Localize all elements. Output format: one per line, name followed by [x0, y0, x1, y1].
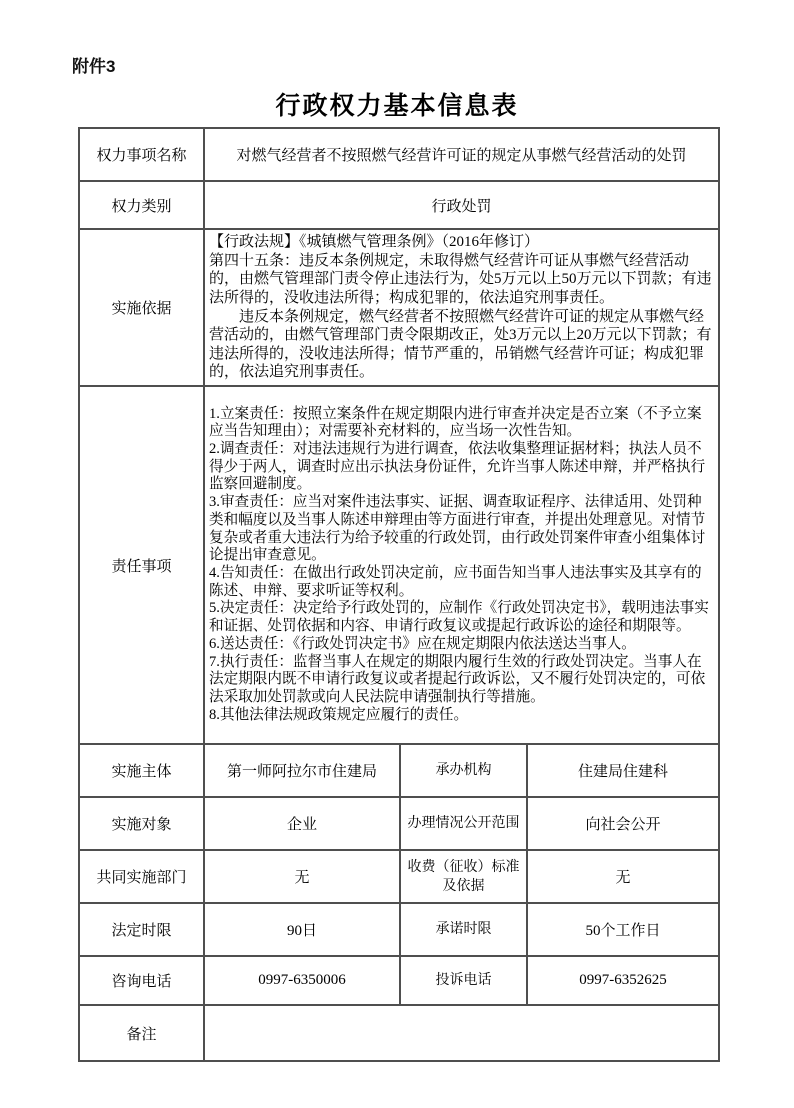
- attachment-label: 附件3: [72, 52, 115, 77]
- implementer-label: 实施主体: [79, 744, 204, 797]
- basis-paragraph-2: 违反本条例规定，燃气经营者不按照燃气经营许可证的规定从事燃气经营活动的，由燃气管…: [209, 308, 714, 382]
- joint-label: 共同实施部门: [79, 850, 204, 903]
- fee-standard-value: 无: [527, 850, 719, 903]
- legal-time-limit-value: 90日: [204, 903, 400, 956]
- complaint-phone-label: 投诉电话: [400, 956, 527, 1005]
- target-label: 实施对象: [79, 797, 204, 850]
- item-name-label: 权力事项名称: [79, 128, 204, 181]
- implementer-value: 第一师阿拉尔市住建局: [204, 744, 400, 797]
- undertaker-label: 承办机构: [400, 744, 527, 797]
- duty-item-3: 3.审查责任：应当对案件违法事实、证据、调查取证程序、法律适用、处罚种类和幅度以…: [209, 494, 714, 565]
- duties-value: 1.立案责任：按照立案条件在规定期限内进行审查并决定是否立案（不予立案应当告知理…: [204, 386, 719, 744]
- promised-time-limit-label: 承诺时限: [400, 903, 527, 956]
- duty-item-1: 1.立案责任：按照立案条件在规定期限内进行审查并决定是否立案（不予立案应当告知理…: [209, 406, 714, 441]
- publicity-scope-label: 办理情况公开范围: [400, 797, 527, 850]
- duty-item-4: 4.告知责任：在做出行政处罚决定前，应书面告知当事人违法事实及其享有的陈述、申辩…: [209, 565, 714, 600]
- row-remark: 备注: [79, 1005, 719, 1061]
- duty-item-2: 2.调查责任：对违法违规行为进行调查，依法收集整理证据材料；执法人员不得少于两人…: [209, 441, 714, 494]
- duties-label: 责任事项: [79, 386, 204, 744]
- duty-item-8: 8.其他法律法规政策规定应履行的责任。: [209, 707, 714, 725]
- legal-time-limit-label: 法定时限: [79, 903, 204, 956]
- row-basis: 实施依据 【行政法规】《城镇燃气管理条例》（2016年修订） 第四十五条：违反本…: [79, 229, 719, 386]
- power-type-label: 权力类别: [79, 181, 204, 229]
- fee-standard-label: 收费（征收）标准及依据: [400, 850, 527, 903]
- undertaker-value: 住建局住建科: [527, 744, 719, 797]
- publicity-scope-value: 向社会公开: [527, 797, 719, 850]
- promised-time-limit-value: 50个工作日: [527, 903, 719, 956]
- joint-value: 无: [204, 850, 400, 903]
- basis-label: 实施依据: [79, 229, 204, 386]
- remark-label: 备注: [79, 1005, 204, 1061]
- row-item-name: 权力事项名称 对燃气经营者不按照燃气经营许可证的规定从事燃气经营活动的处罚: [79, 128, 719, 181]
- item-name-value: 对燃气经营者不按照燃气经营许可证的规定从事燃气经营活动的处罚: [204, 128, 719, 181]
- complaint-phone-value: 0997-6352625: [527, 956, 719, 1005]
- consult-phone-value: 0997-6350006: [204, 956, 400, 1005]
- consult-phone-label: 咨询电话: [79, 956, 204, 1005]
- row-duties: 责任事项 1.立案责任：按照立案条件在规定期限内进行审查并决定是否立案（不予立案…: [79, 386, 719, 744]
- row-target: 实施对象 企业 办理情况公开范围 向社会公开: [79, 797, 719, 850]
- duty-item-6: 6.送达责任：《行政处罚决定书》应在规定期限内依法送达当事人。: [209, 636, 714, 654]
- remark-value: [204, 1005, 719, 1061]
- row-power-type: 权力类别 行政处罚: [79, 181, 719, 229]
- row-phone: 咨询电话 0997-6350006 投诉电话 0997-6352625: [79, 956, 719, 1005]
- basis-paragraph-1: 第四十五条：违反本条例规定，未取得燃气经营许可证从事燃气经营活动的，由燃气管理部…: [209, 252, 714, 308]
- power-type-value: 行政处罚: [204, 181, 719, 229]
- basis-paragraph-0: 【行政法规】《城镇燃气管理条例》（2016年修订）: [209, 233, 714, 252]
- duty-item-7: 7.执行责任：监督当事人在规定的期限内履行生效的行政处罚决定。当事人在法定期限内…: [209, 654, 714, 707]
- row-joint: 共同实施部门 无 收费（征收）标准及依据 无: [79, 850, 719, 903]
- basis-value: 【行政法规】《城镇燃气管理条例》（2016年修订） 第四十五条：违反本条例规定，…: [204, 229, 719, 386]
- info-table: 权力事项名称 对燃气经营者不按照燃气经营许可证的规定从事燃气经营活动的处罚 权力…: [78, 127, 720, 1062]
- row-time-limit: 法定时限 90日 承诺时限 50个工作日: [79, 903, 719, 956]
- duty-item-5: 5.决定责任：决定给予行政处罚的，应制作《行政处罚决定书》，载明违法事实和证据、…: [209, 600, 714, 635]
- document-page: 附件3 行政权力基本信息表 权力事项名称 对燃气经营者不按照燃气经营许可证的规定…: [0, 0, 794, 1108]
- page-title: 行政权力基本信息表: [0, 86, 794, 122]
- row-implementer: 实施主体 第一师阿拉尔市住建局 承办机构 住建局住建科: [79, 744, 719, 797]
- target-value: 企业: [204, 797, 400, 850]
